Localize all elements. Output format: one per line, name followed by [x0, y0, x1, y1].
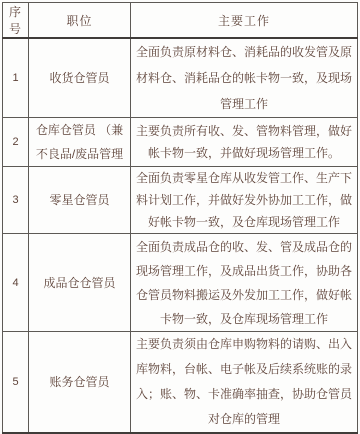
header-cell-work: 主要工作 — [131, 3, 358, 39]
header-cell-position: 职位 — [29, 3, 131, 39]
job-duties-table: 序号 职位 主要工作 1 收货仓管员 全面负责原材料仓、消耗品的收发管及原材料仓… — [2, 2, 358, 434]
table-header-row: 序号 职位 主要工作 — [3, 3, 358, 39]
table-row: 3 零星仓管员 全面负责零星仓库从收发管工作、生产下料计划工作，并做好发外协加工… — [3, 167, 358, 234]
document-page: 序号 职位 主要工作 1 收货仓管员 全面负责原材料仓、消耗品的收发管及原材料仓… — [0, 0, 360, 374]
cell-position: 成品仓仓管员 — [29, 234, 131, 332]
cell-position: 账务仓管员 — [29, 332, 131, 434]
cell-no: 1 — [3, 38, 29, 118]
table-row: 5 账务仓管员 主要负责须由仓库申购物料的请购、出入库物料，台帐、电子帐及后续系… — [3, 332, 358, 434]
cell-work: 全面负责零星仓库从收发管工作、生产下料计划工作，并做好发外协加工工作，做好帐卡物… — [131, 167, 358, 234]
cell-no: 3 — [3, 167, 29, 234]
cell-position: 仓库仓管员 （兼不良品/废品管理 — [29, 118, 131, 167]
table-row: 2 仓库仓管员 （兼不良品/废品管理 主要负责所有收、发、管物料管理，做好帐卡物… — [3, 118, 358, 167]
cell-no: 5 — [3, 332, 29, 434]
cell-no: 4 — [3, 234, 29, 332]
table-row: 4 成品仓仓管员 全面负责成品仓的收、发、管及成品仓的现场管理工作，及成品出货工… — [3, 234, 358, 332]
cell-position: 零星仓管员 — [29, 167, 131, 234]
cell-no: 2 — [3, 118, 29, 167]
cell-position: 收货仓管员 — [29, 38, 131, 118]
cell-work: 主要负责所有收、发、管物料管理，做好帐卡物一致，并做好现场管理工作。 — [131, 118, 358, 167]
cell-work: 全面负责原材料仓、消耗品的收发管及原材料仓、消耗品仓的帐卡物一致，及现场管理工作 — [131, 38, 358, 118]
cell-work: 主要负责须由仓库申购物料的请购、出入库物料，台帐、电子帐及后续系统账的录入；账、… — [131, 332, 358, 434]
table-row: 1 收货仓管员 全面负责原材料仓、消耗品的收发管及原材料仓、消耗品仓的帐卡物一致… — [3, 38, 358, 118]
cell-work: 全面负责成品仓的收、发、管及成品仓的现场管理工作，及成品出货工作，协助各仓管员物… — [131, 234, 358, 332]
header-cell-no: 序号 — [3, 3, 29, 39]
